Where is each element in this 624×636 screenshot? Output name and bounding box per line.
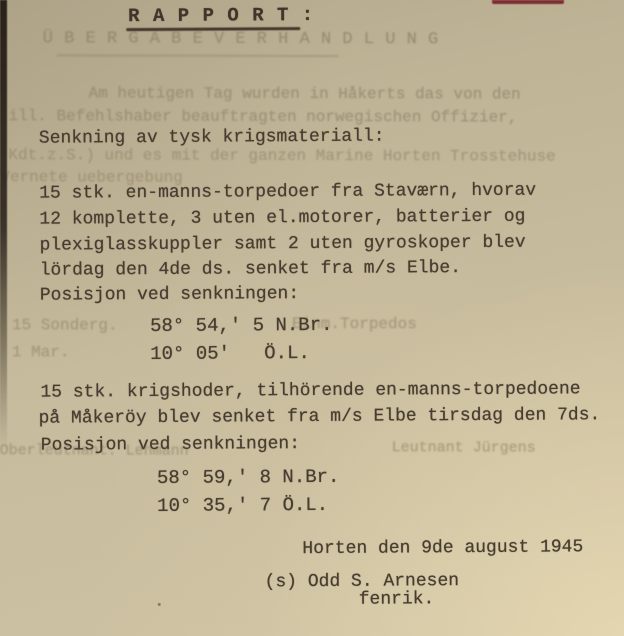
- report-title: R A P P O R T :: [128, 6, 314, 26]
- paragraph2-position-label: Posisjon ved senkningen:: [41, 435, 300, 455]
- red-edge-mark: [492, 0, 564, 4]
- paragraph1-position-label: Posisjon ved senkningen:: [40, 285, 299, 305]
- paragraph1-line: plexiglasskuppler samt 2 uten gyroskoper…: [39, 234, 525, 255]
- paragraph2-line: 15 stk. krigshoder, tilhörende en-manns-…: [40, 380, 580, 401]
- scanned-report-photo: Ü B E R G A B E V E R H A N D L U N G Am…: [0, 0, 624, 636]
- ink-speck: [158, 603, 161, 606]
- paragraph1-line: lördag den 4de ds. senket fra m/s Elbe.: [40, 259, 461, 280]
- photo-dark-edge: [0, 0, 7, 450]
- paragraph2-line: på Måkeröy blev senket fra m/s Elbe tirs…: [39, 406, 601, 427]
- dateline: Horten den 9de august 1945: [302, 538, 583, 558]
- signature-rank: fenrik.: [359, 590, 435, 608]
- paragraph2-latitude: 58° 59,' 8 N.Br.: [157, 468, 340, 488]
- paragraph1-line: 12 komplette, 3 uten el.motorer, batteri…: [39, 208, 525, 229]
- paragraph2-longitude: 10° 35,' 7 Ö.L.: [157, 496, 328, 516]
- paragraph1-line: 15 stk. en-manns-torpedoer fra Staværn, …: [39, 182, 536, 203]
- paragraph1-latitude: 58° 54,' 5 N.Br.: [150, 316, 333, 336]
- paragraph1-longitude: 10° 05' Ö.L.: [150, 344, 310, 364]
- report-title-underline: [126, 27, 300, 31]
- section-heading: Senkning av tysk krigsmateriall:: [39, 128, 385, 148]
- typed-text-layer: R A P P O R T : Senkning av tysk krigsma…: [0, 0, 624, 636]
